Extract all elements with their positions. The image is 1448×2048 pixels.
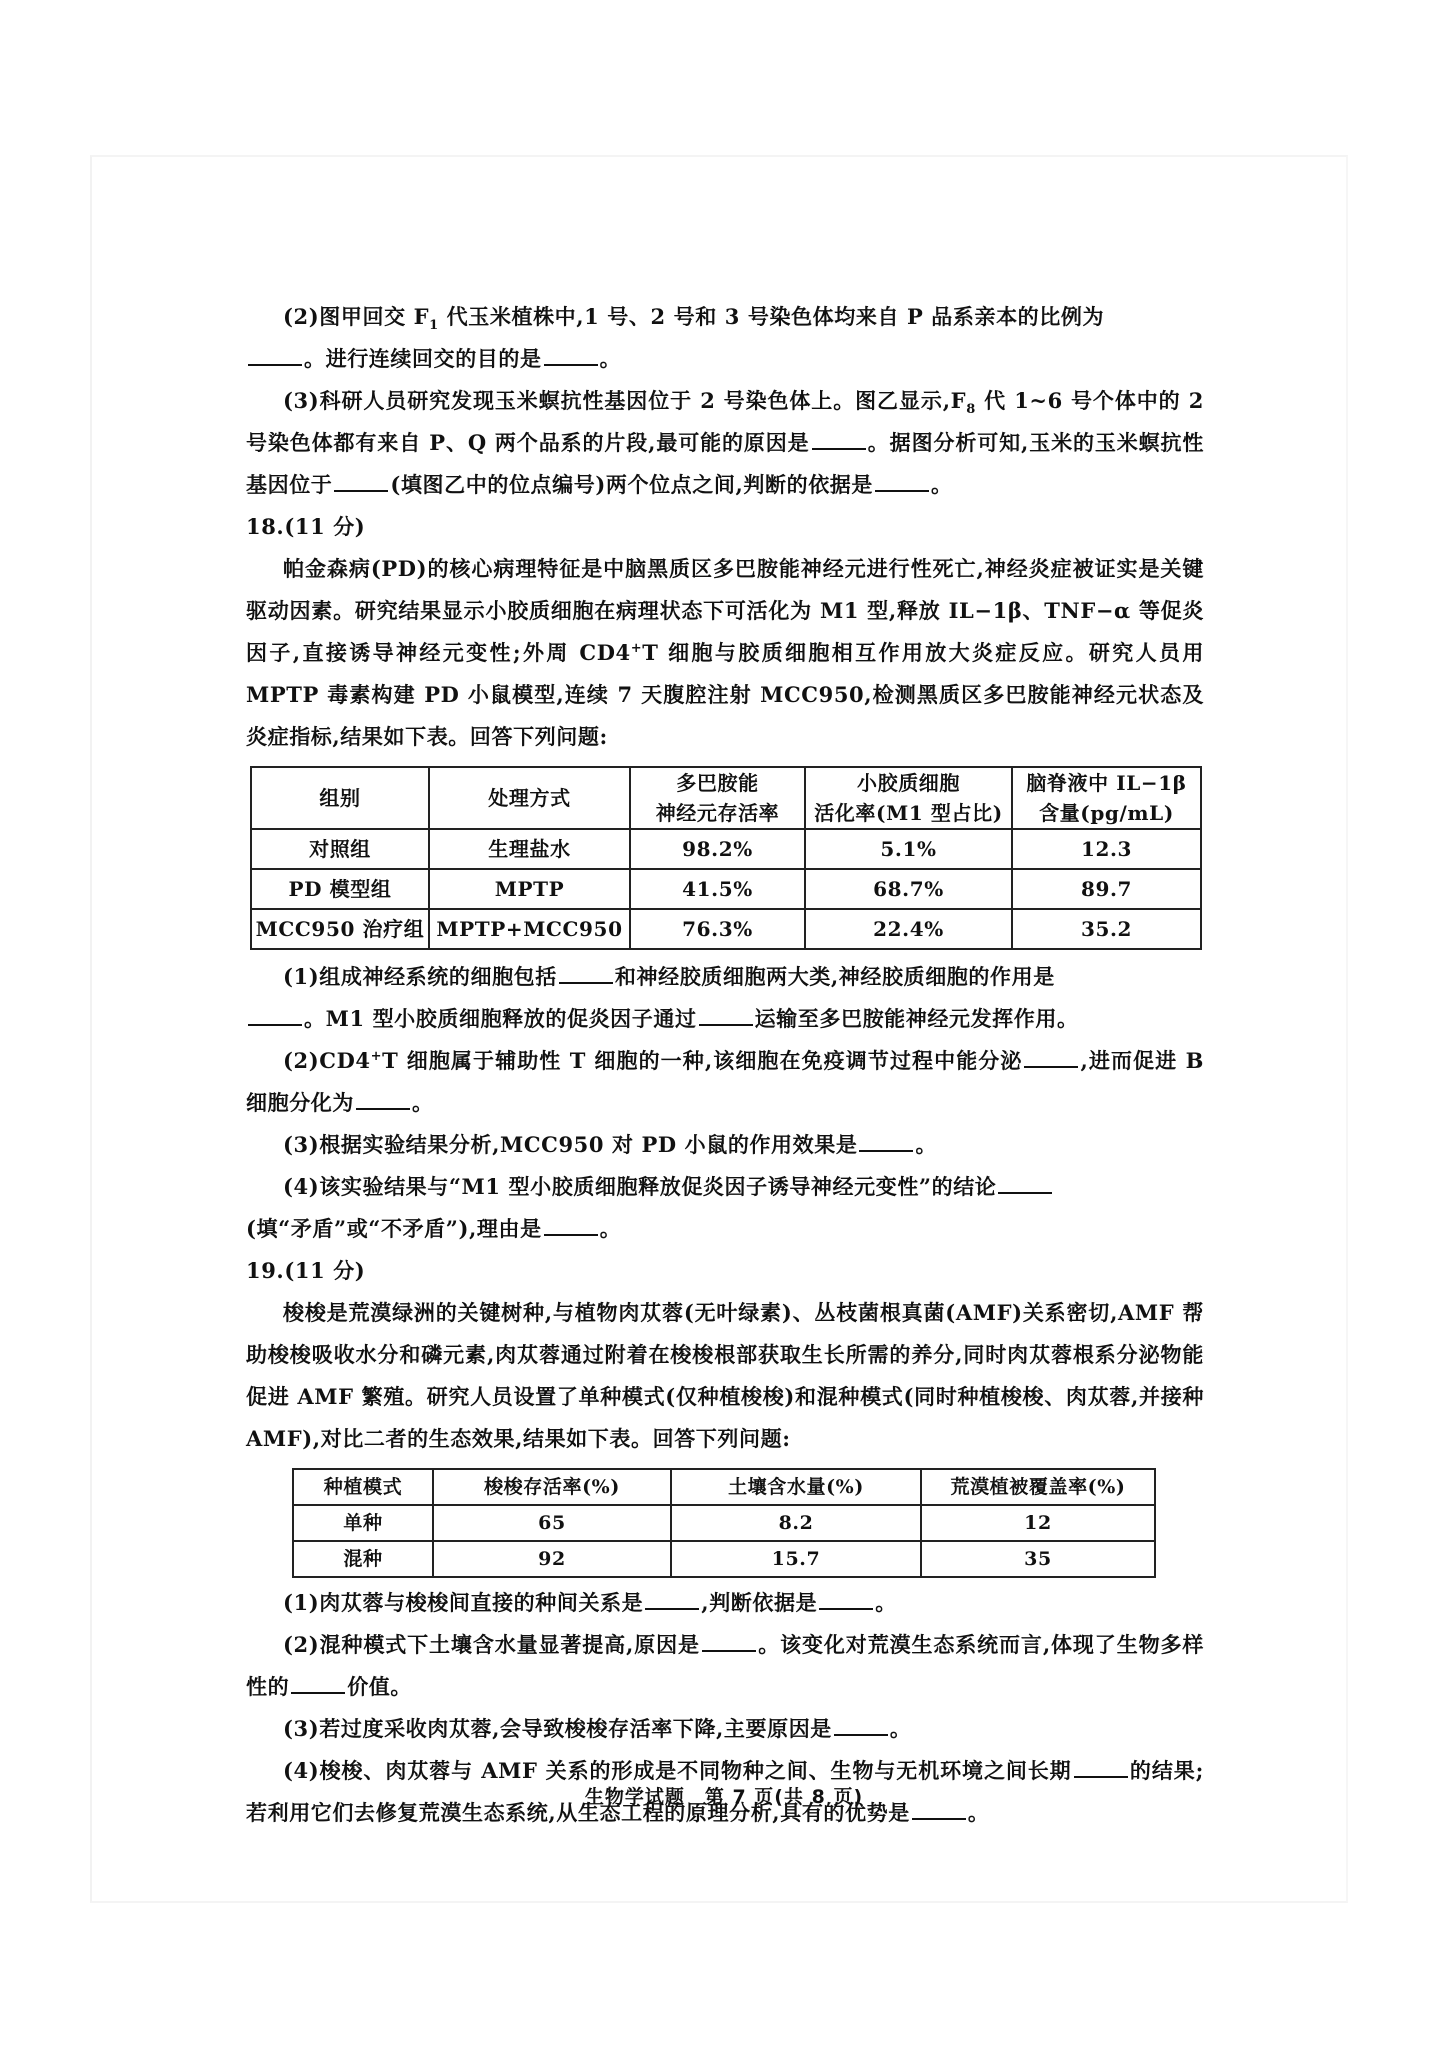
- table-cell: 5.1%: [805, 829, 1012, 869]
- q19-part3: (3)若过度采收肉苁蓉,会导致梭梭存活率下降,主要原因是。: [246, 1708, 1204, 1750]
- table-cell: MPTP+MCC950: [429, 909, 630, 949]
- table-row: MCC950 治疗组 MPTP+MCC950 76.3% 22.4% 35.2: [251, 909, 1201, 949]
- q17-part3: (3)科研人员研究发现玉米螟抗性基因位于 2 号染色体上。图乙显示,F8 代 1…: [246, 380, 1204, 506]
- q19-results-table: 种植模式 梭梭存活率(%) 土壤含水量(%) 荒漠植被覆盖率(%) 单种 65 …: [292, 1468, 1156, 1578]
- q18-part2: (2)CD4+T 细胞属于辅助性 T 细胞的一种,该细胞在免疫调节过程中能分泌,…: [246, 1040, 1204, 1124]
- table-cell: 15.7: [671, 1541, 921, 1577]
- text: ,判断依据是: [701, 1590, 817, 1615]
- header-text: 小胶质细胞: [857, 771, 960, 795]
- table-cell: MCC950 治疗组: [251, 909, 429, 949]
- table-cell: 生理盐水: [429, 829, 630, 869]
- header-text: 多巴胺能: [676, 771, 758, 795]
- q19-intro: 梭梭是荒漠绿洲的关键树种,与植物肉苁蓉(无叶绿素)、丛枝菌根真菌(AMF)关系密…: [246, 1292, 1204, 1460]
- text: 。: [600, 1216, 622, 1241]
- answer-blank[interactable]: [699, 1002, 753, 1026]
- text: 。: [412, 1090, 434, 1115]
- text: (3)科研人员研究发现玉米螟抗性基因位于 2 号染色体上。图乙显示,F: [283, 388, 966, 413]
- q18-part3: (3)根据实验结果分析,MCC950 对 PD 小鼠的作用效果是。: [246, 1124, 1204, 1166]
- table-cell: 98.2%: [630, 829, 805, 869]
- answer-blank[interactable]: [356, 1086, 410, 1110]
- q18-part1: (1)组成神经系统的细胞包括和神经胶质细胞两大类,神经胶质细胞的作用是。M1 型…: [246, 956, 1204, 1040]
- text: 运输至多巴胺能神经元发挥作用。: [755, 1006, 1079, 1031]
- answer-blank[interactable]: [702, 1628, 756, 1652]
- text: 和神经胶质细胞两大类,神经胶质细胞的作用是: [615, 964, 1055, 989]
- answer-blank[interactable]: [248, 342, 302, 366]
- text: (2)混种模式下土壤含水量显著提高,原因是: [283, 1632, 700, 1657]
- table-cell: 68.7%: [805, 869, 1012, 909]
- table-header-cell: 处理方式: [429, 767, 630, 829]
- text: T 细胞属于辅助性 T 细胞的一种,该细胞在免疫调节过程中能分泌: [382, 1048, 1022, 1073]
- table-cell: 89.7: [1012, 869, 1201, 909]
- q18-heading: 18.(11 分): [246, 506, 1204, 548]
- text: (2)图甲回交 F: [283, 304, 429, 329]
- table-cell: 12: [921, 1505, 1155, 1541]
- table-cell: 单种: [293, 1505, 433, 1541]
- text: 。: [600, 346, 622, 371]
- text: 。: [931, 472, 953, 497]
- table-header-cell: 多巴胺能神经元存活率: [630, 767, 805, 829]
- table-cell: 92: [433, 1541, 671, 1577]
- text: (填“矛盾”或“不矛盾”),理由是: [246, 1216, 542, 1241]
- header-text: 含量(pg/mL): [1039, 801, 1174, 825]
- q18-intro: 帕金森病(PD)的核心病理特征是中脑黑质区多巴胺能神经元进行性死亡,神经炎症被证…: [246, 548, 1204, 758]
- answer-blank[interactable]: [998, 1170, 1052, 1194]
- text: 价值。: [347, 1674, 412, 1699]
- table-header-cell: 小胶质细胞活化率(M1 型占比): [805, 767, 1012, 829]
- table-cell: 35: [921, 1541, 1155, 1577]
- answer-blank[interactable]: [834, 1712, 888, 1736]
- answer-blank[interactable]: [559, 960, 613, 984]
- q18-part4: (4)该实验结果与“M1 型小胶质细胞释放促炎因子诱导神经元变性”的结论(填“矛…: [246, 1166, 1204, 1250]
- table-cell: 混种: [293, 1541, 433, 1577]
- table-header-cell: 组别: [251, 767, 429, 829]
- text: (1)组成神经系统的细胞包括: [283, 964, 557, 989]
- table-cell: MPTP: [429, 869, 630, 909]
- table-header-cell: 脑脊液中 IL−1β含量(pg/mL): [1012, 767, 1201, 829]
- q19-part2: (2)混种模式下土壤含水量显著提高,原因是。该变化对荒漠生态系统而言,体现了生物…: [246, 1624, 1204, 1708]
- text: (1)肉苁蓉与梭梭间直接的种间关系是: [283, 1590, 643, 1615]
- table-header-cell: 土壤含水量(%): [671, 1469, 921, 1505]
- table-header-row: 种植模式 梭梭存活率(%) 土壤含水量(%) 荒漠植被覆盖率(%): [293, 1469, 1155, 1505]
- table-cell: PD 模型组: [251, 869, 429, 909]
- answer-blank[interactable]: [544, 1212, 598, 1236]
- table-cell: 22.4%: [805, 909, 1012, 949]
- superscript: +: [631, 641, 643, 656]
- text: 。M1 型小胶质细胞释放的促炎因子通过: [304, 1006, 697, 1031]
- text: (3)若过度采收肉苁蓉,会导致梭梭存活率下降,主要原因是: [283, 1716, 832, 1741]
- q18-results-table: 组别 处理方式 多巴胺能神经元存活率 小胶质细胞活化率(M1 型占比) 脑脊液中…: [250, 766, 1202, 950]
- table-row: 单种 65 8.2 12: [293, 1505, 1155, 1541]
- table-cell: 76.3%: [630, 909, 805, 949]
- table-cell: 41.5%: [630, 869, 805, 909]
- q19-heading: 19.(11 分): [246, 1250, 1204, 1292]
- text: (4)梭梭、肉苁蓉与 AMF 关系的形成是不同物种之间、生物与无机环境之间长期: [283, 1758, 1072, 1783]
- header-text: 组别: [319, 786, 360, 810]
- text: (填图乙中的位点编号)两个位点之间,判断的依据是: [390, 472, 873, 497]
- answer-blank[interactable]: [819, 1586, 873, 1610]
- header-text: 处理方式: [488, 786, 570, 810]
- table-header-row: 组别 处理方式 多巴胺能神经元存活率 小胶质细胞活化率(M1 型占比) 脑脊液中…: [251, 767, 1201, 829]
- answer-blank[interactable]: [812, 426, 866, 450]
- answer-blank[interactable]: [645, 1586, 699, 1610]
- answer-blank[interactable]: [544, 342, 598, 366]
- answer-blank[interactable]: [334, 468, 388, 492]
- table-cell: 8.2: [671, 1505, 921, 1541]
- header-text: 脑脊液中 IL−1β: [1026, 771, 1186, 795]
- table-row: 混种 92 15.7 35: [293, 1541, 1155, 1577]
- page-footer: 生物学试题 第 7 页(共 8 页): [0, 1782, 1448, 1809]
- table-cell: 35.2: [1012, 909, 1201, 949]
- table-row: 对照组 生理盐水 98.2% 5.1% 12.3: [251, 829, 1201, 869]
- table-cell: 12.3: [1012, 829, 1201, 869]
- text: 。: [915, 1132, 937, 1157]
- text: 。: [875, 1590, 897, 1615]
- answer-blank[interactable]: [248, 1002, 302, 1026]
- answer-blank[interactable]: [291, 1670, 345, 1694]
- table-header-cell: 种植模式: [293, 1469, 433, 1505]
- q17-part2: (2)图甲回交 F1 代玉米植株中,1 号、2 号和 3 号染色体均来自 P 品…: [246, 296, 1204, 380]
- table-header-cell: 梭梭存活率(%): [433, 1469, 671, 1505]
- subscript: 1: [429, 318, 439, 333]
- answer-blank[interactable]: [1074, 1754, 1128, 1778]
- header-text: 神经元存活率: [656, 801, 780, 825]
- answer-blank[interactable]: [859, 1128, 913, 1152]
- table-row: PD 模型组 MPTP 41.5% 68.7% 89.7: [251, 869, 1201, 909]
- answer-blank[interactable]: [875, 468, 929, 492]
- text: 。进行连续回交的目的是: [304, 346, 542, 371]
- text: (2)CD4: [283, 1048, 371, 1073]
- text: (4)该实验结果与“M1 型小胶质细胞释放促炎因子诱导神经元变性”的结论: [283, 1174, 996, 1199]
- q19-part1: (1)肉苁蓉与梭梭间直接的种间关系是,判断依据是。: [246, 1582, 1204, 1624]
- text: (3)根据实验结果分析,MCC950 对 PD 小鼠的作用效果是: [283, 1132, 857, 1157]
- table-cell: 对照组: [251, 829, 429, 869]
- text: 代玉米植株中,1 号、2 号和 3 号染色体均来自 P 品系亲本的比例为: [439, 304, 1104, 329]
- header-text: 活化率(M1 型占比): [814, 801, 1003, 825]
- subscript: 8: [966, 402, 976, 417]
- superscript: +: [371, 1049, 383, 1064]
- table-header-cell: 荒漠植被覆盖率(%): [921, 1469, 1155, 1505]
- exam-page-content: (2)图甲回交 F1 代玉米植株中,1 号、2 号和 3 号染色体均来自 P 品…: [246, 296, 1204, 1834]
- answer-blank[interactable]: [1024, 1044, 1078, 1068]
- text: 。: [890, 1716, 912, 1741]
- table-cell: 65: [433, 1505, 671, 1541]
